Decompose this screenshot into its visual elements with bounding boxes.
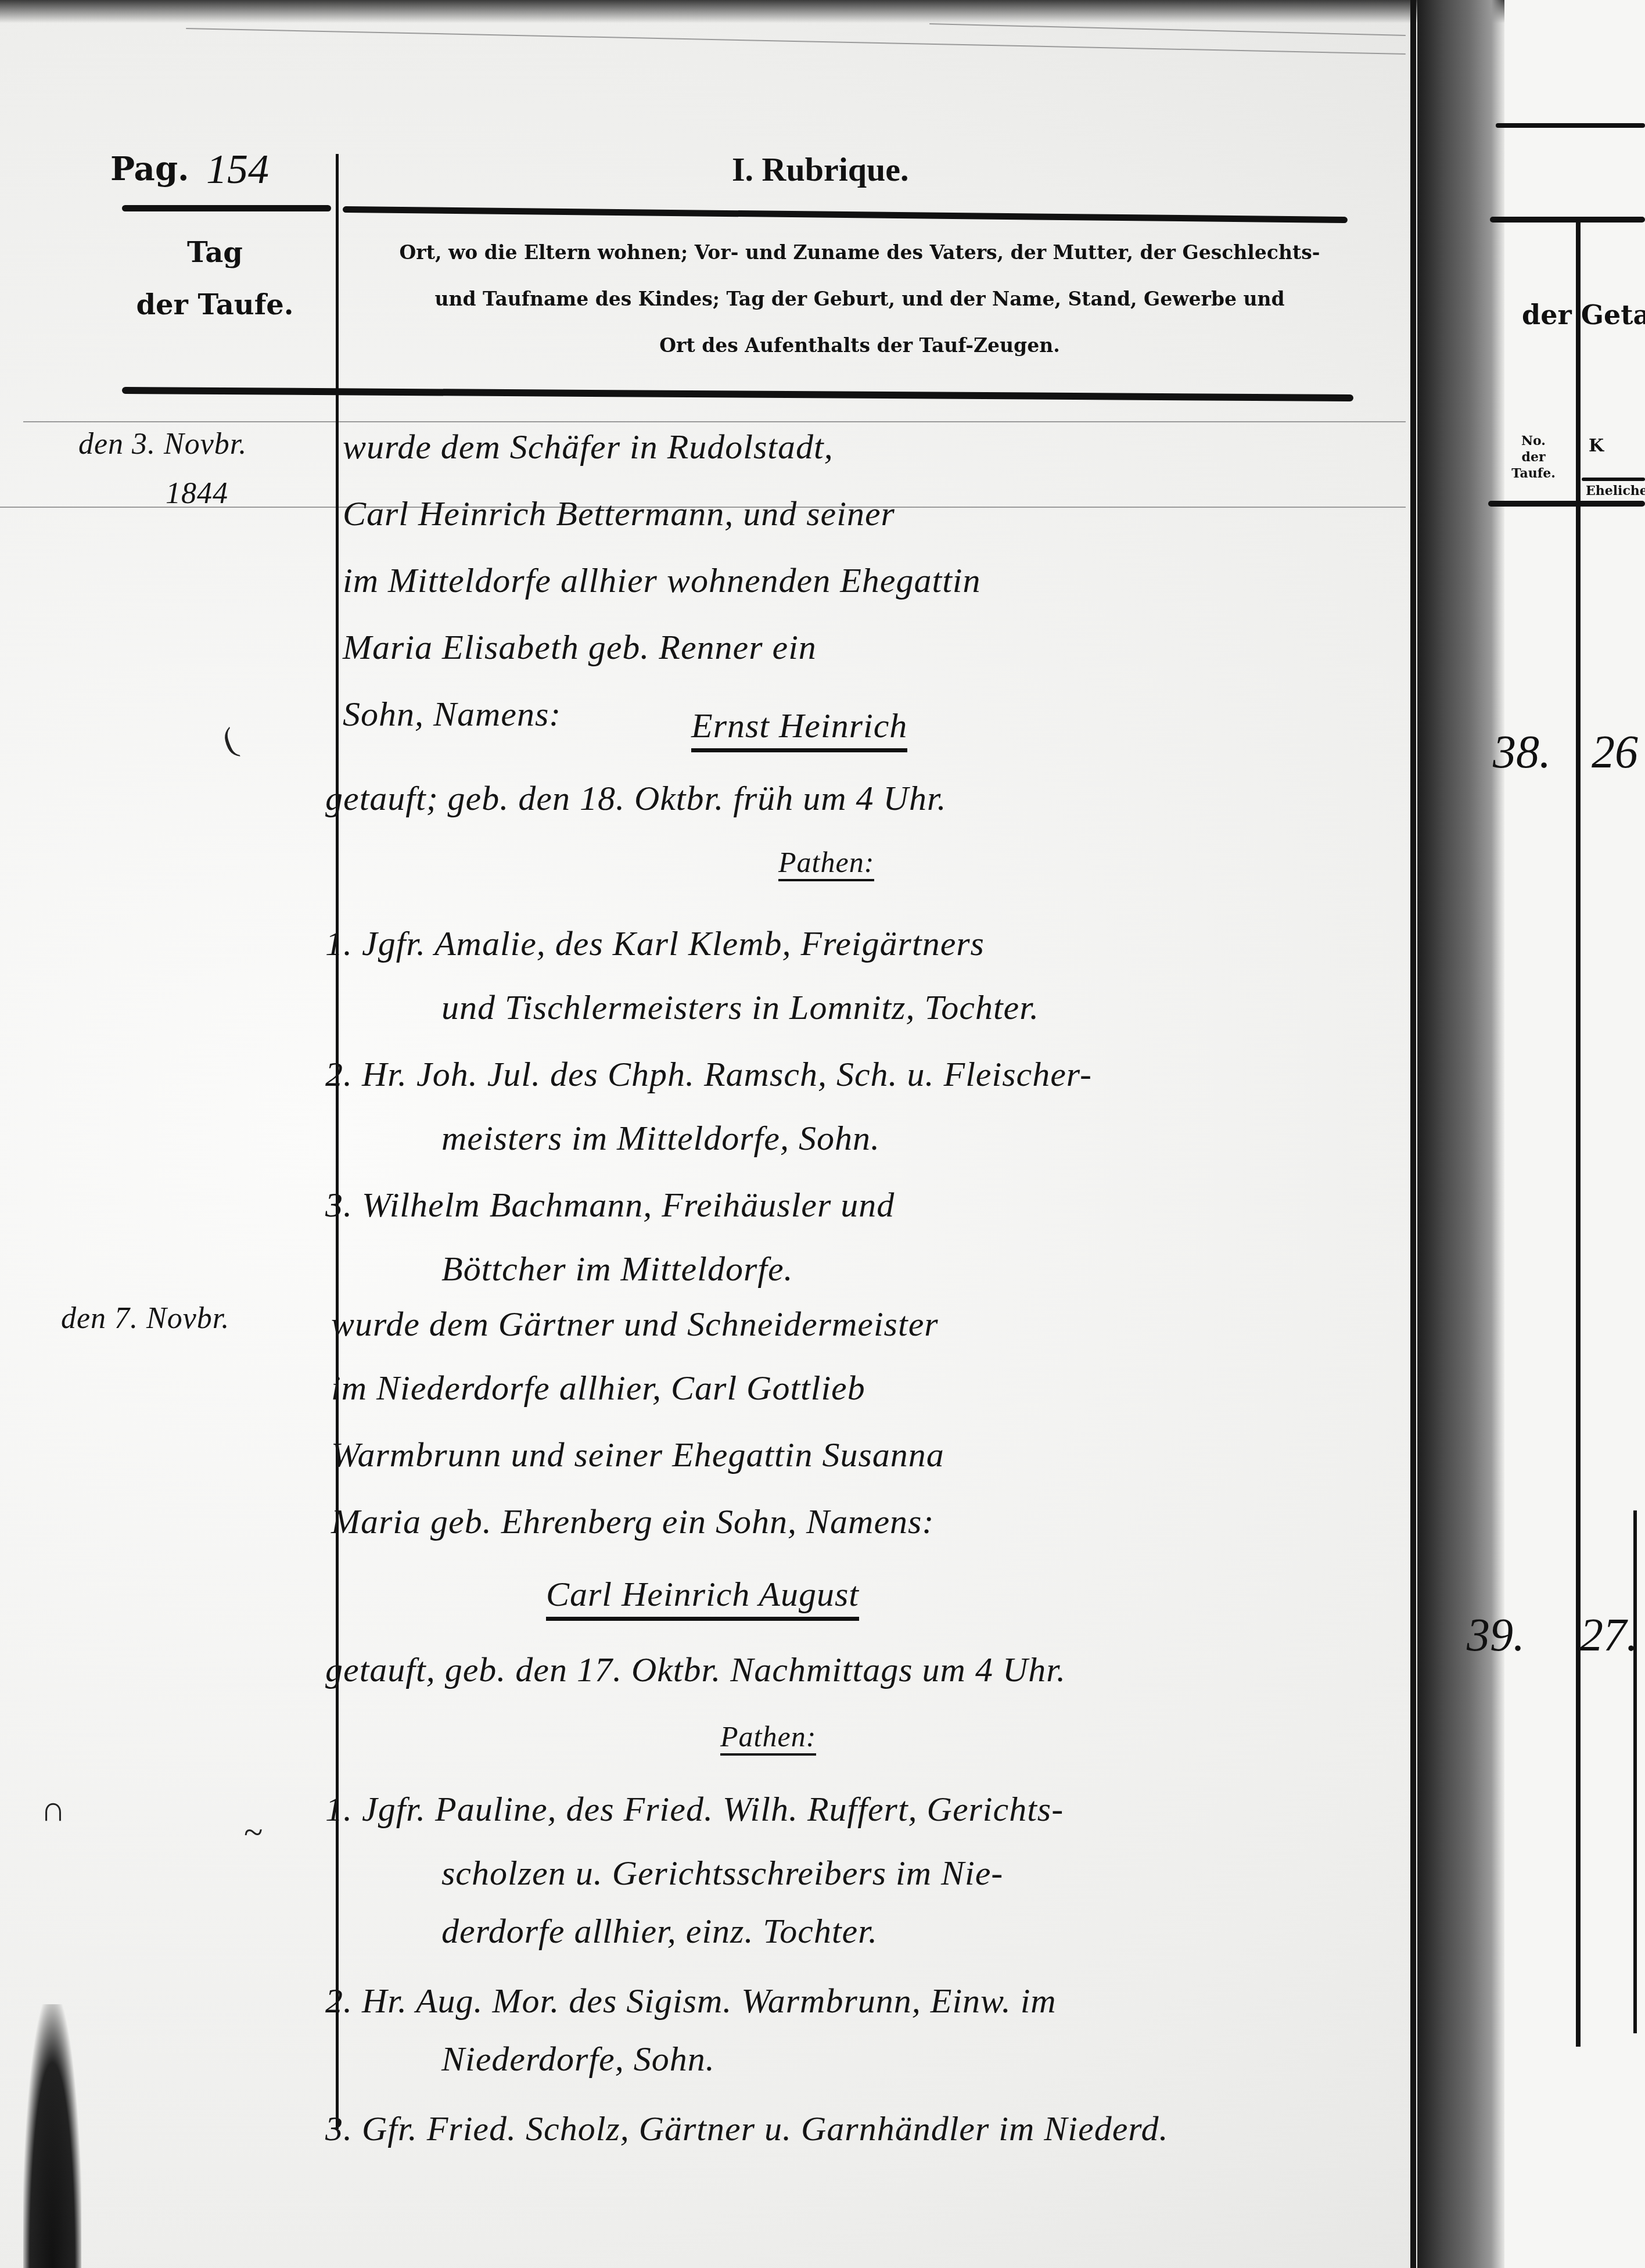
scan-top-shadow xyxy=(0,0,1645,23)
entry-1-line: wurde dem Schäfer in Rudolstadt, xyxy=(343,427,834,467)
facing-k-header: K xyxy=(1589,436,1604,456)
facing-page xyxy=(1504,0,1645,2268)
entry-1-sponsor-1-cont: und Tischlermeisters in Lomnitz, Tochter… xyxy=(441,988,1039,1028)
entry-2-sponsor-3: 3. Gfr. Fried. Scholz, Gärtner u. Garnhä… xyxy=(325,2109,1168,2149)
margin-mark: ~ xyxy=(244,1813,263,1853)
entry-1-sponsors-heading: Pathen: xyxy=(778,845,874,881)
entry-2-sponsor-1-cont: scholzen u. Gerichtsschreibers im Nie- xyxy=(441,1853,1003,1893)
header-rule xyxy=(122,205,331,211)
date-column-header: Tag der Taufe. xyxy=(116,227,314,331)
entry-1-secondary-number: 26 xyxy=(1592,726,1638,779)
facing-rule xyxy=(1582,478,1645,481)
entry-2-line: wurde dem Gärtner und Schneidermeister xyxy=(331,1304,939,1344)
thumb-shadow xyxy=(23,2004,81,2268)
entry-1-register-number: 38. xyxy=(1493,726,1551,779)
section-title: I. Rubrique. xyxy=(732,150,909,189)
entry-2-line: im Niederdorfe allhier, Carl Gottlieb xyxy=(331,1368,865,1408)
entry-2-sponsors-heading: Pathen: xyxy=(720,1720,816,1756)
entry-1-sponsor-1: 1. Jgfr. Amalie, des Karl Klemb, Freigär… xyxy=(325,924,985,964)
page-edge xyxy=(1410,0,1416,2268)
entry-2-child-name: Carl Heinrich August xyxy=(546,1574,859,1621)
entry-2-register-number: 39. xyxy=(1467,1609,1525,1662)
book-gutter xyxy=(1417,0,1504,2268)
entry-1-line: im Mitteldorfe allhier wohnenden Ehegatt… xyxy=(343,561,981,601)
entry-1-sponsor-2-cont: meisters im Mitteldorfe, Sohn. xyxy=(441,1118,880,1158)
page-label: Pag. xyxy=(110,150,189,188)
facing-divider xyxy=(1633,1510,1637,2033)
entry-2-line: Warmbrunn und seiner Ehegattin Susanna xyxy=(331,1435,944,1475)
entry-1-sponsor-3-cont: Böttcher im Mitteldorfe. xyxy=(441,1249,793,1289)
entry-1-sponsor-2: 2. Hr. Joh. Jul. des Chph. Ramsch, Sch. … xyxy=(325,1054,1092,1094)
facing-rule xyxy=(1496,123,1645,128)
entry-2-date: den 7. Novbr. xyxy=(61,1301,229,1336)
facing-no-header: No. der Taufe. xyxy=(1496,433,1571,482)
entry-2-sponsor-2: 2. Hr. Aug. Mor. des Sigism. Warmbrunn, … xyxy=(325,1981,1057,2021)
entry-1-child-name: Ernst Heinrich xyxy=(691,706,907,752)
entry-1-sponsor-3: 3. Wilhelm Bachmann, Freihäusler und xyxy=(325,1185,895,1225)
entry-1-line: Carl Heinrich Bettermann, und seiner xyxy=(343,494,895,534)
entry-1-year: 1844 xyxy=(166,476,228,511)
entry-1-line: Maria Elisabeth geb. Renner ein xyxy=(343,627,817,668)
entry-2-secondary-number: 27. xyxy=(1580,1609,1638,1662)
entry-1-line: Sohn, Namens: xyxy=(343,694,561,734)
entry-2-sponsor-2-cont: Niederdorfe, Sohn. xyxy=(441,2039,715,2079)
entry-2-sponsor-1: 1. Jgfr. Pauline, des Fried. Wilh. Ruffe… xyxy=(325,1789,1064,1829)
faint-rule xyxy=(23,421,1406,422)
facing-eheliche-header: Eheliche xyxy=(1586,483,1645,498)
page-number: 154 xyxy=(206,145,269,193)
column-divider xyxy=(336,154,339,2129)
facing-rule xyxy=(1490,217,1645,223)
entry-1-date: den 3. Novbr. xyxy=(78,427,247,461)
facing-page-title: der Geta xyxy=(1522,299,1645,331)
entry-1-birth-line: getauft; geb. den 18. Oktbr. früh um 4 U… xyxy=(325,778,947,819)
margin-mark: ∩ xyxy=(41,1789,66,1829)
entry-2-sponsor-1-cont: derdorfe allhier, einz. Tochter. xyxy=(441,1911,878,1951)
description-column-header: Ort, wo die Eltern wohnen; Vor- und Zuna… xyxy=(354,229,1365,369)
entry-2-birth-line: getauft, geb. den 17. Oktbr. Nachmittags… xyxy=(325,1650,1066,1690)
entry-2-line: Maria geb. Ehrenberg ein Sohn, Namens: xyxy=(331,1502,934,1542)
facing-rule xyxy=(1488,501,1645,507)
facing-divider xyxy=(1576,223,1581,2047)
